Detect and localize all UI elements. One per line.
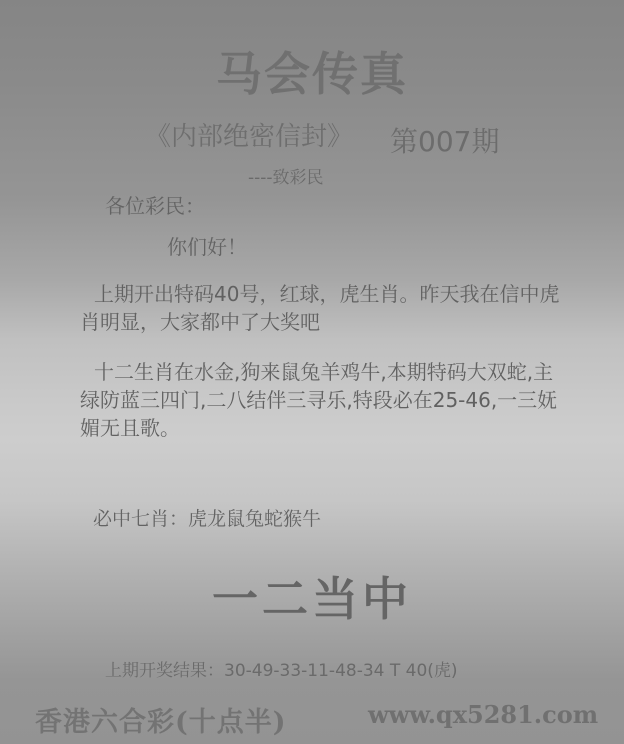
issue-number: 第007期	[390, 120, 499, 160]
signoff: ----致彩民	[248, 163, 324, 188]
subtitle: 《内部绝密信封》	[145, 116, 353, 153]
seven-zodiacs: 必中七肖：虎龙鼠兔蛇猴牛	[93, 504, 321, 531]
paragraph-last-result: 上期开出特码40号，红球，虎生肖。昨天我在信中虎肖明显，大家都中了大奖吧	[80, 280, 570, 336]
paragraph-text: 十二生肖在水金,狗来鼠兔羊鸡牛,本期特码大双蛇,主绿防蓝三四门,二八结伴三寻乐,…	[80, 360, 557, 440]
footer-url: www.qx5281.com	[368, 700, 598, 729]
page-title: 马会传真	[0, 38, 624, 104]
highlight-prediction: 一二当中	[0, 563, 624, 629]
paragraph-prediction-poem: 十二生肖在水金,狗来鼠兔羊鸡牛,本期特码大双蛇,主绿防蓝三四门,二八结伴三寻乐,…	[80, 358, 570, 442]
footer-brand: 香港六合彩(十点半)	[35, 700, 287, 739]
last-draw-result: 上期开奖结果：30-49-33-11-48-34 T 40(虎)	[105, 656, 458, 681]
paragraph-text: 上期开出特码40号，红球，虎生肖。昨天我在信中虎肖明显，大家都中了大奖吧	[80, 282, 559, 334]
hello-text: 你们好！	[167, 231, 247, 260]
salutation: 各位彩民：	[105, 190, 205, 219]
